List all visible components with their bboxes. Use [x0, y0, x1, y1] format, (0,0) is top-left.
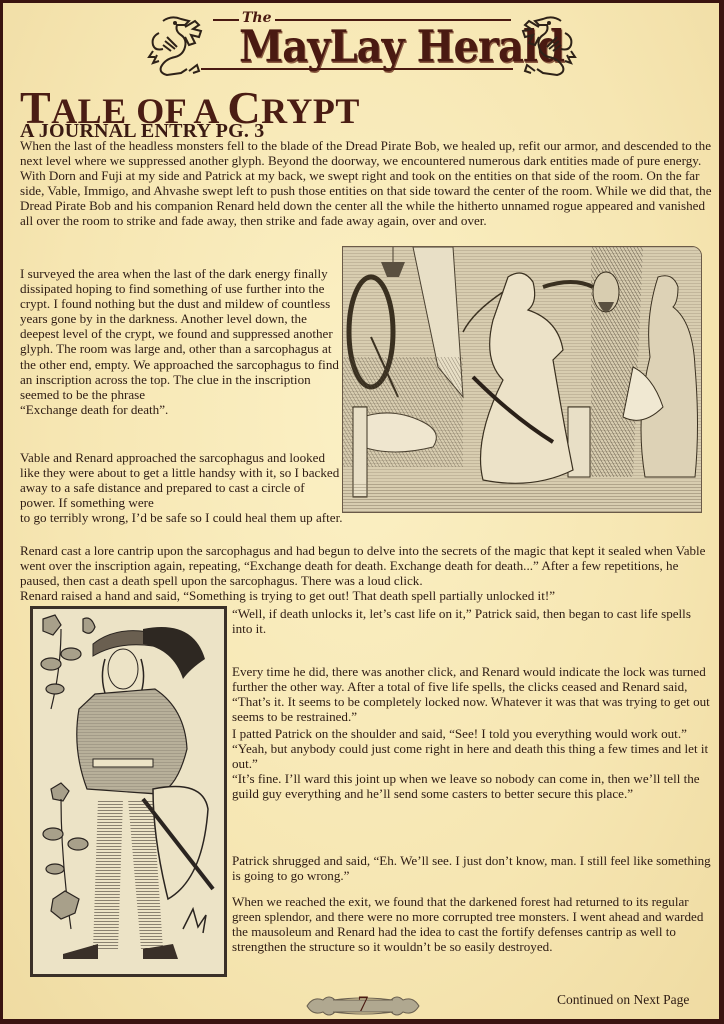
paragraph-text: Renard cast a lore cantrip upon the sarc…	[20, 543, 712, 588]
dragon-ornament-icon	[145, 11, 209, 79]
dialogue-line: “Yeah, but anybody could just come right…	[232, 741, 712, 771]
paragraph-text: Vable and Renard approached the sarcopha…	[20, 450, 340, 510]
paragraph: I surveyed the area when the last of the…	[20, 266, 340, 417]
paragraph-text: to go terribly wrong, I’d be safe so I c…	[20, 510, 365, 525]
woodcut-nobleman-icon	[33, 609, 224, 974]
dragon-ornament-icon	[515, 11, 579, 79]
paragraph: Every time he did, there was another cli…	[232, 664, 712, 724]
newspaper-page: The MayLay Herald TALE OF A CRYPT A JOUR…	[3, 3, 719, 1019]
paragraph: Patrick shrugged and said, “Eh. We’ll se…	[232, 853, 712, 883]
masthead: The MayLay Herald	[3, 3, 719, 85]
masthead-title: MayLay Herald	[239, 21, 499, 73]
paragraph: Vable and Renard approached the sarcopha…	[20, 450, 365, 525]
dialogue-block: I patted Patrick on the shoulder and sai…	[232, 726, 712, 801]
headline-part: RYPT	[261, 91, 360, 131]
masthead-rule-bottom	[201, 68, 513, 70]
paragraph: When the last of the headless monsters f…	[20, 138, 712, 229]
page-number: 7	[303, 991, 423, 1017]
paragraph: “Well, if death unlocks it, let’s cast l…	[232, 606, 712, 636]
continued-link[interactable]: Continued on Next Page	[557, 992, 689, 1008]
paragraph: Renard cast a lore cantrip upon the sarc…	[20, 543, 712, 603]
paragraph-text: I surveyed the area when the last of the…	[20, 266, 339, 402]
dialogue-line: I patted Patrick on the shoulder and sai…	[232, 726, 712, 741]
dialogue-line: “It’s fine. I’ll ward this joint up when…	[232, 771, 712, 801]
woodcut-illustration	[30, 606, 227, 977]
engraving-woman-sword-icon	[343, 247, 702, 513]
paragraph-text: Renard raised a hand and said, “Somethin…	[20, 588, 712, 603]
engraving-illustration	[342, 246, 702, 513]
inscription-quote: “Exchange death for death”.	[20, 402, 168, 417]
paragraph: When we reached the exit, we found that …	[232, 894, 712, 954]
